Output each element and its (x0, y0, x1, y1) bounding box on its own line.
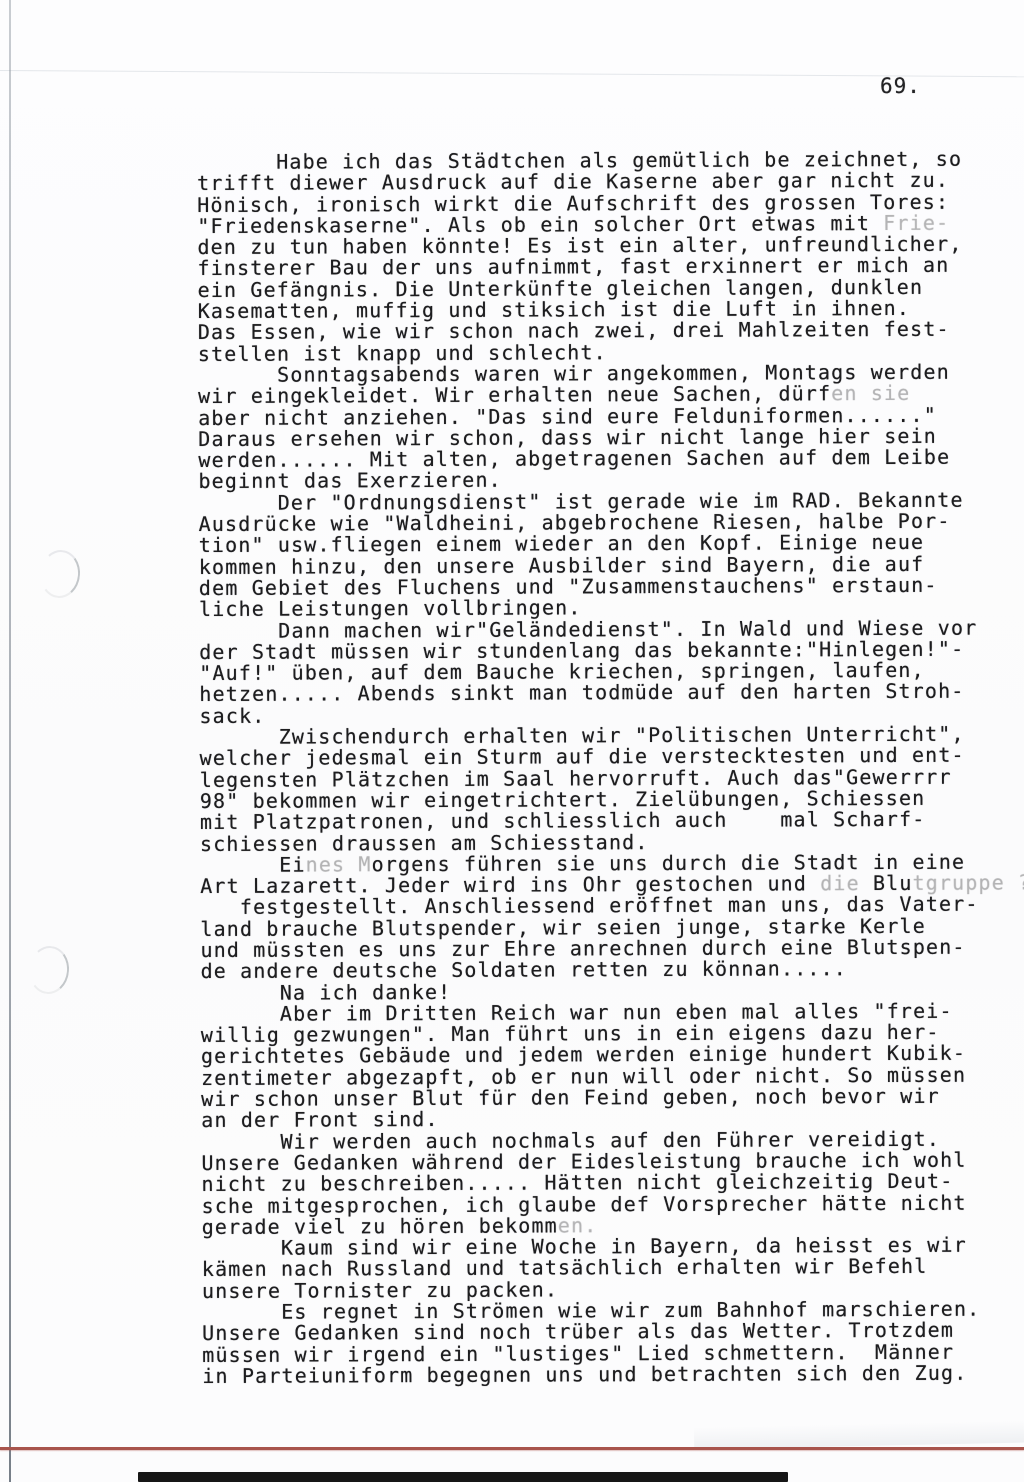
paragraph-3: Der "Ordnungsdienst" ist gerade wie im R… (198, 489, 1017, 620)
paragraph-6: Eines Morgens führen sie uns durch die S… (200, 851, 1019, 982)
text-line: hetzen..... Abends sinkt man todmüde auf… (199, 681, 1017, 706)
hole-punch-mark (38, 548, 83, 600)
text-line: dem Gebiet des Fluchens und "Zusammensta… (199, 574, 1017, 599)
document-text: Habe ich das Städtchen als gemütlich be … (197, 148, 1020, 1387)
text-line: werden...... Mit alten, abgetragenen Sac… (198, 447, 1016, 472)
paragraph-4: Dann machen wir"Geländedienst". In Wald … (199, 617, 1017, 727)
text-line: wir schon unser Blut für den Feind geben… (201, 1085, 1019, 1110)
page-number: 69. (880, 74, 921, 98)
scan-shadow-bar (138, 1472, 788, 1482)
paragraph-10: Kaum sind wir eine Woche in Bayern, da h… (202, 1235, 1020, 1302)
red-scan-rule (0, 1447, 1024, 1450)
scan-shading (694, 1421, 1024, 1450)
paragraph-2: Sonntagsabends waren wir angekommen, Mon… (198, 361, 1017, 492)
paragraph-5: Zwischendurch erhalten wir "Politischen … (200, 723, 1019, 854)
scan-fold-line (9, 0, 11, 1482)
text-line: Das Essen, wie wir schon nach zwei, drei… (198, 319, 1016, 344)
document-page: 69. Habe ich das Städtchen als gemütlich… (0, 0, 1024, 1482)
text-line: kämen nach Russland und tatsächlich erha… (202, 1256, 1020, 1281)
hole-punch-mark (27, 944, 72, 996)
paragraph-11: Es regnet in Strömen wie wir zum Bahnhof… (202, 1298, 1020, 1387)
text-line: in Parteiuniform begegnen uns und betrac… (202, 1362, 1020, 1387)
paragraph-8: Aber im Dritten Reich war nun eben mal a… (201, 1000, 1020, 1131)
scan-seam-line (0, 70, 1024, 77)
paragraph-1: Habe ich das Städtchen als gemütlich be … (197, 148, 1016, 365)
paragraph-9: Wir werden auch nochmals auf den Führer … (201, 1128, 1019, 1238)
text-line: sche mitgesprochen, ich glaube def Vorsp… (202, 1192, 1020, 1217)
